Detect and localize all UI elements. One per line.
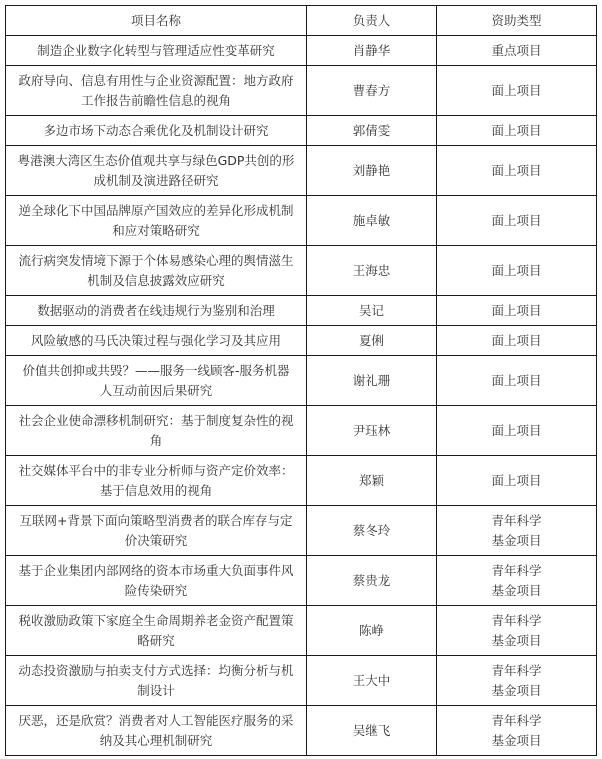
funding-type-cell: 重点项目 — [437, 36, 597, 66]
leader-cell: 陈峥 — [307, 606, 437, 656]
project-name-cell: 粤港澳大湾区生态价值观共享与绿色GDP共创的形成机制及演进路径研究 — [6, 146, 307, 196]
project-name-cell: 制造企业数字化转型与管理适应性变革研究 — [6, 36, 307, 66]
project-name-line: 人互动前因后果研究 — [9, 381, 303, 401]
funding-type-cell: 面上项目 — [437, 146, 597, 196]
project-name-line: 税收激励政策下家庭全生命周期养老金资产配置策 — [9, 611, 303, 631]
leader-cell: 尹珏林 — [307, 406, 437, 456]
project-name-line: 风险敏感的马氏决策过程与强化学习及其应用 — [9, 331, 303, 351]
project-name-line: 价决策研究 — [9, 531, 303, 551]
table-row: 厌恶，还是欣赏？消费者对人工智能医疗服务的采纳及其心理机制研究吴继飞青年科学基金… — [6, 706, 597, 756]
funding-type-line: 基金项目 — [440, 581, 593, 601]
project-name-line: 略研究 — [9, 631, 303, 651]
funding-type-line: 青年科学 — [440, 511, 593, 531]
project-name-line: 基于企业集团内部网络的资本市场重大负面事件风 — [9, 561, 303, 581]
project-name-line: 制设计 — [9, 681, 303, 701]
funding-type-cell: 青年科学基金项目 — [437, 506, 597, 556]
leader-cell: 谢礼珊 — [307, 356, 437, 406]
funding-type-line: 面上项目 — [440, 331, 593, 351]
header-project-name: 项目名称 — [6, 6, 307, 36]
project-name-cell: 动态投资激励与拍卖支付方式选择：均衡分析与机制设计 — [6, 656, 307, 706]
funding-type-cell: 面上项目 — [437, 296, 597, 326]
leader-cell: 王海忠 — [307, 246, 437, 296]
leader-cell: 吴继飞 — [307, 706, 437, 756]
leader-cell: 曹春方 — [307, 66, 437, 116]
project-name-line: 流行病突发情境下源于个体易感染心理的舆情滋生 — [9, 251, 303, 271]
funding-type-line: 面上项目 — [440, 471, 593, 491]
project-name-cell: 社会企业使命漂移机制研究：基于制度复杂性的视角 — [6, 406, 307, 456]
project-name-cell: 流行病突发情境下源于个体易感染心理的舆情滋生机制及信息披露效应研究 — [6, 246, 307, 296]
funding-type-line: 青年科学 — [440, 661, 593, 681]
table-row: 基于企业集团内部网络的资本市场重大负面事件风险传染研究蔡贵龙青年科学基金项目 — [6, 556, 597, 606]
project-name-line: 制造企业数字化转型与管理适应性变革研究 — [9, 41, 303, 61]
funding-type-line: 基金项目 — [440, 681, 593, 701]
project-name-line: 价值共创抑或共毁？——服务一线顾客-服务机器 — [9, 361, 303, 381]
project-name-cell: 逆全球化下中国品牌原产国效应的差异化形成机制和应对策略研究 — [6, 196, 307, 246]
project-name-cell: 社交媒体平台中的非专业分析师与资产定价效率：基于信息效用的视角 — [6, 456, 307, 506]
project-name-line: 工作报告前瞻性信息的视角 — [9, 91, 303, 111]
table-row: 社会企业使命漂移机制研究：基于制度复杂性的视角尹珏林面上项目 — [6, 406, 597, 456]
funding-type-line: 基金项目 — [440, 531, 593, 551]
project-name-line: 厌恶，还是欣赏？消费者对人工智能医疗服务的采 — [9, 711, 303, 731]
header-funding-type: 资助类型 — [437, 6, 597, 36]
table-row: 流行病突发情境下源于个体易感染心理的舆情滋生机制及信息披露效应研究王海忠面上项目 — [6, 246, 597, 296]
funding-type-line: 面上项目 — [440, 121, 593, 141]
funding-type-line: 面上项目 — [440, 261, 593, 281]
project-name-cell: 多边市场下动态合乘优化及机制设计研究 — [6, 116, 307, 146]
project-name-line: 逆全球化下中国品牌原产国效应的差异化形成机制 — [9, 201, 303, 221]
project-name-line: 多边市场下动态合乘优化及机制设计研究 — [9, 121, 303, 141]
project-name-line: 数据驱动的消费者在线违规行为鉴别和治理 — [9, 301, 303, 321]
project-name-cell: 基于企业集团内部网络的资本市场重大负面事件风险传染研究 — [6, 556, 307, 606]
funding-type-cell: 青年科学基金项目 — [437, 606, 597, 656]
funding-type-cell: 面上项目 — [437, 196, 597, 246]
funding-type-line: 基金项目 — [440, 631, 593, 651]
funding-type-cell: 青年科学基金项目 — [437, 656, 597, 706]
project-name-line: 互联网+背景下面向策略型消费者的联合库存与定 — [9, 511, 303, 531]
table-row: 政府导向、信息有用性与企业资源配置：地方政府工作报告前瞻性信息的视角曹春方面上项… — [6, 66, 597, 116]
project-name-line: 社交媒体平台中的非专业分析师与资产定价效率： — [9, 461, 303, 481]
table-row: 制造企业数字化转型与管理适应性变革研究肖静华重点项目 — [6, 36, 597, 66]
funding-type-line: 面上项目 — [440, 301, 593, 321]
project-name-cell: 政府导向、信息有用性与企业资源配置：地方政府工作报告前瞻性信息的视角 — [6, 66, 307, 116]
leader-cell: 施卓敏 — [307, 196, 437, 246]
funding-type-cell: 面上项目 — [437, 356, 597, 406]
table-row: 社交媒体平台中的非专业分析师与资产定价效率：基于信息效用的视角郑颖面上项目 — [6, 456, 597, 506]
table-body: 制造企业数字化转型与管理适应性变革研究肖静华重点项目政府导向、信息有用性与企业资… — [6, 36, 597, 756]
funding-type-line: 青年科学 — [440, 561, 593, 581]
table-row: 数据驱动的消费者在线违规行为鉴别和治理吴记面上项目 — [6, 296, 597, 326]
project-name-line: 基于信息效用的视角 — [9, 481, 303, 501]
leader-cell: 刘静艳 — [307, 146, 437, 196]
header-leader: 负责人 — [307, 6, 437, 36]
project-name-line: 动态投资激励与拍卖支付方式选择：均衡分析与机 — [9, 661, 303, 681]
funding-type-cell: 面上项目 — [437, 66, 597, 116]
funding-type-line: 基金项目 — [440, 731, 593, 751]
grant-projects-table: 项目名称 负责人 资助类型 制造企业数字化转型与管理适应性变革研究肖静华重点项目… — [5, 5, 597, 756]
leader-cell: 郭倩雯 — [307, 116, 437, 146]
project-name-line: 社会企业使命漂移机制研究：基于制度复杂性的视 — [9, 411, 303, 431]
funding-type-line: 重点项目 — [440, 41, 593, 61]
project-name-cell: 价值共创抑或共毁？——服务一线顾客-服务机器人互动前因后果研究 — [6, 356, 307, 406]
table-row: 互联网+背景下面向策略型消费者的联合库存与定价决策研究蔡冬玲青年科学基金项目 — [6, 506, 597, 556]
funding-type-cell: 面上项目 — [437, 246, 597, 296]
leader-cell: 郑颖 — [307, 456, 437, 506]
project-name-line: 机制及信息披露效应研究 — [9, 271, 303, 291]
project-name-cell: 互联网+背景下面向策略型消费者的联合库存与定价决策研究 — [6, 506, 307, 556]
project-name-cell: 税收激励政策下家庭全生命周期养老金资产配置策略研究 — [6, 606, 307, 656]
leader-cell: 王大中 — [307, 656, 437, 706]
funding-type-cell: 面上项目 — [437, 116, 597, 146]
funding-type-line: 面上项目 — [440, 161, 593, 181]
table-row: 逆全球化下中国品牌原产国效应的差异化形成机制和应对策略研究施卓敏面上项目 — [6, 196, 597, 246]
funding-type-cell: 青年科学基金项目 — [437, 706, 597, 756]
funding-type-cell: 面上项目 — [437, 326, 597, 356]
table-row: 税收激励政策下家庭全生命周期养老金资产配置策略研究陈峥青年科学基金项目 — [6, 606, 597, 656]
table-row: 多边市场下动态合乘优化及机制设计研究郭倩雯面上项目 — [6, 116, 597, 146]
project-name-line: 和应对策略研究 — [9, 221, 303, 241]
funding-type-line: 面上项目 — [440, 371, 593, 391]
table-row: 粤港澳大湾区生态价值观共享与绿色GDP共创的形成机制及演进路径研究刘静艳面上项目 — [6, 146, 597, 196]
funding-type-line: 青年科学 — [440, 611, 593, 631]
funding-type-line: 面上项目 — [440, 211, 593, 231]
project-name-cell: 厌恶，还是欣赏？消费者对人工智能医疗服务的采纳及其心理机制研究 — [6, 706, 307, 756]
project-name-line: 险传染研究 — [9, 581, 303, 601]
project-name-line: 粤港澳大湾区生态价值观共享与绿色GDP共创的形 — [9, 151, 303, 171]
funding-type-cell: 青年科学基金项目 — [437, 556, 597, 606]
project-name-line: 政府导向、信息有用性与企业资源配置：地方政府 — [9, 71, 303, 91]
funding-type-line: 面上项目 — [440, 81, 593, 101]
project-name-line: 纳及其心理机制研究 — [9, 731, 303, 751]
table-row: 风险敏感的马氏决策过程与强化学习及其应用夏俐面上项目 — [6, 326, 597, 356]
table-row: 价值共创抑或共毁？——服务一线顾客-服务机器人互动前因后果研究谢礼珊面上项目 — [6, 356, 597, 406]
funding-type-line: 面上项目 — [440, 421, 593, 441]
project-name-line: 成机制及演进路径研究 — [9, 171, 303, 191]
funding-type-line: 青年科学 — [440, 711, 593, 731]
leader-cell: 肖静华 — [307, 36, 437, 66]
project-name-cell: 风险敏感的马氏决策过程与强化学习及其应用 — [6, 326, 307, 356]
project-name-cell: 数据驱动的消费者在线违规行为鉴别和治理 — [6, 296, 307, 326]
table-header-row: 项目名称 负责人 资助类型 — [6, 6, 597, 36]
funding-type-cell: 面上项目 — [437, 456, 597, 506]
table-row: 动态投资激励与拍卖支付方式选择：均衡分析与机制设计王大中青年科学基金项目 — [6, 656, 597, 706]
project-name-line: 角 — [9, 431, 303, 451]
leader-cell: 蔡贵龙 — [307, 556, 437, 606]
funding-type-cell: 面上项目 — [437, 406, 597, 456]
leader-cell: 吴记 — [307, 296, 437, 326]
leader-cell: 夏俐 — [307, 326, 437, 356]
leader-cell: 蔡冬玲 — [307, 506, 437, 556]
